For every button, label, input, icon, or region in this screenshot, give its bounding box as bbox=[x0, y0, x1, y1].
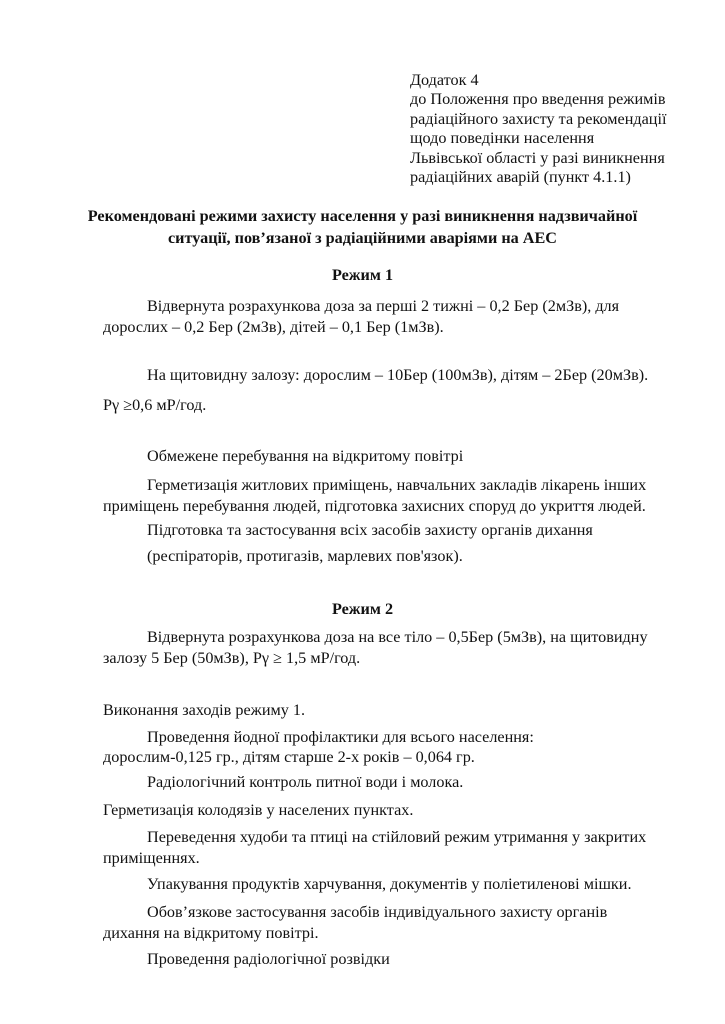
mode-2-iodine-line1: Проведення йодної профілактики для всьог… bbox=[147, 728, 534, 747]
mode-2-control: Радіологічний контроль питної води і мол… bbox=[147, 773, 463, 792]
document-title: Рекомендовані режими захисту населення у… bbox=[0, 205, 725, 249]
mode-2-livestock-line2: приміщеннях. bbox=[103, 849, 200, 868]
annex-line: Львівської області у разі виникнення bbox=[410, 149, 666, 168]
mode-2-ppe-line2: дихання на відкритому повітрі. bbox=[103, 924, 319, 943]
mode-1-respiratory-line1: Підготовка та застосування всіх засобів … bbox=[147, 521, 593, 540]
annex-line: до Положення про введення режимів bbox=[410, 90, 666, 109]
annex-reference-block: Додаток 4 до Положення про введення режи… bbox=[410, 71, 666, 187]
mode-1-rate: Pγ ≥0,6 мР/год. bbox=[103, 396, 206, 415]
mode-1-sealing-line1: Герметизація житлових приміщень, навчаль… bbox=[147, 476, 646, 495]
mode-1-dose-line1: Відвернута розрахункова доза за перші 2 … bbox=[147, 297, 619, 316]
mode-1-respiratory-line2: (респіраторів, протигазів, марлевих пов'… bbox=[147, 547, 463, 566]
mode-2-dose-line1: Відвернута розрахункова доза на все тіло… bbox=[147, 628, 648, 647]
annex-line: радіаційного захисту та рекомендації bbox=[410, 110, 666, 129]
title-line: Рекомендовані режими захисту населення у… bbox=[0, 205, 725, 227]
mode-1-thyroid: На щитовидну залозу: дорослим – 10Бер (1… bbox=[147, 366, 648, 385]
mode-2-iodine-line2: дорослим-0,125 гр., дітям старше 2-х рок… bbox=[103, 748, 475, 767]
mode-2-recon: Проведення радіологічної розвідки bbox=[147, 950, 390, 969]
mode-1-outdoor: Обмежене перебування на відкритому повіт… bbox=[147, 447, 463, 466]
mode-2-livestock-line1: Переведення худоби та птиці на стійловий… bbox=[147, 828, 646, 847]
mode-1-sealing-line2: приміщень перебування людей, підготовка … bbox=[103, 497, 646, 516]
mode-2-dose-line2: залозу 5 Бер (50мЗв), Pγ ≥ 1,5 мР/год. bbox=[103, 649, 360, 668]
mode-2-packing: Упакування продуктів харчування, докумен… bbox=[147, 875, 632, 894]
mode-2-wells: Герметизація колодязів у населених пункт… bbox=[103, 801, 413, 820]
annex-line: радіаційних аварій (пункт 4.1.1) bbox=[410, 168, 666, 187]
mode-2-heading: Режим 2 bbox=[0, 600, 725, 619]
annex-line: Додаток 4 bbox=[410, 71, 666, 90]
mode-2-ppe-line1: Обов’язкове застосування засобів індивід… bbox=[147, 903, 607, 922]
annex-line: щодо поведінки населення bbox=[410, 129, 666, 148]
mode-2-measures: Виконання заходів режиму 1. bbox=[103, 701, 305, 720]
mode-1-dose-line2: дорослих – 0,2 Бер (2мЗв), дітей – 0,1 Б… bbox=[103, 318, 444, 337]
mode-1-heading: Режим 1 bbox=[0, 266, 725, 285]
title-line: ситуації, пов’язаної з радіаційними авар… bbox=[0, 227, 725, 249]
